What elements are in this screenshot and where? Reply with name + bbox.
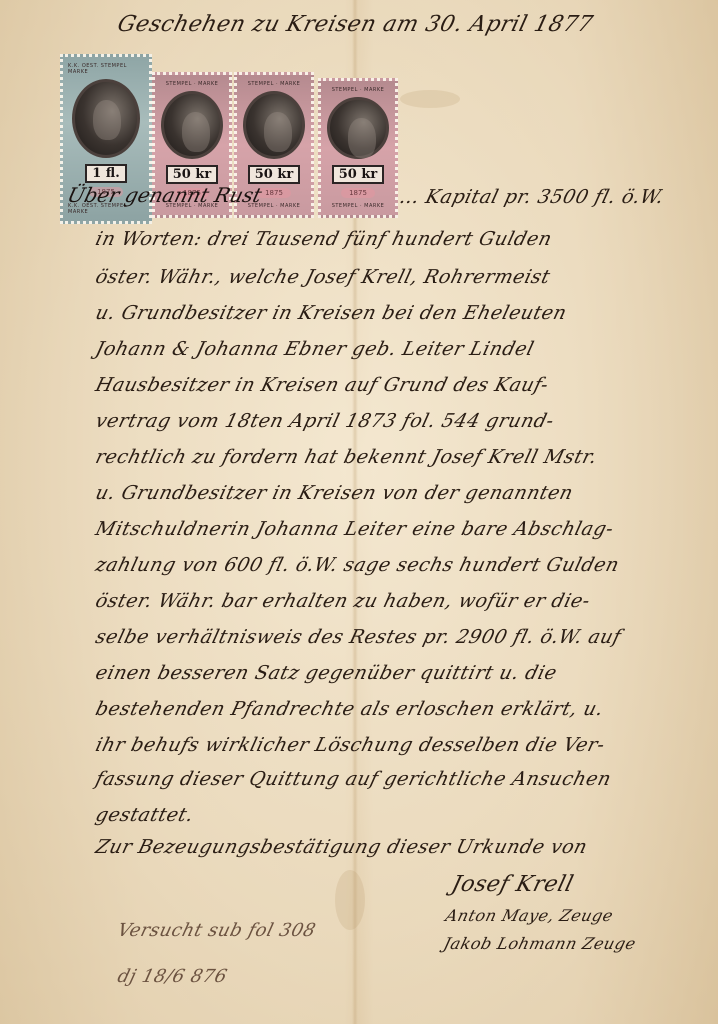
body-line: gestattet. xyxy=(93,804,196,826)
body-line: Johann & Johanna Ebner geb. Leiter Linde… xyxy=(93,338,536,360)
body-line: öster. Währ. bar erhalten zu haben, wofü… xyxy=(93,590,592,612)
body-line: u. Grundbesitzer in Kreisen von der gena… xyxy=(93,482,575,504)
stamp-portrait-icon xyxy=(161,91,223,159)
paper-stain xyxy=(400,90,460,108)
stamp-value: 1 fl. xyxy=(85,164,127,183)
body-line: einen besseren Satz gegenüber quittirt u… xyxy=(93,662,559,684)
stamp-50kr: STEMPEL · MARKE 50 kr 1875 STEMPEL · MAR… xyxy=(318,78,398,218)
registry-note-line-2: dj 18/6 876 xyxy=(115,966,229,987)
stamp-value: 50 kr xyxy=(166,165,218,184)
body-line: bestehenden Pfandrechte als erloschen er… xyxy=(93,698,606,720)
body-line: öster. Währ., welche Josef Krell, Rohrer… xyxy=(93,266,552,288)
signature-witness-2: Jakob Lohmann Zeuge xyxy=(442,934,638,953)
stamp-top-text: STEMPEL · MARKE xyxy=(248,81,301,87)
body-line: Hausbesitzer in Kreisen auf Grund des Ka… xyxy=(93,374,551,396)
stamp-value: 50 kr xyxy=(248,165,300,184)
body-line: selbe verhältnisweis des Restes pr. 2900… xyxy=(93,626,623,648)
signature-witness-1: Anton Maye, Zeuge xyxy=(444,906,616,925)
stamp-portrait-icon xyxy=(327,97,389,159)
registry-note-line-1: Versucht sub fol 308 xyxy=(115,920,318,941)
stamp-portrait-icon xyxy=(72,79,140,158)
stamp-value: 50 kr xyxy=(332,165,384,184)
body-line: Mitschuldnerin Johanna Leiter eine bare … xyxy=(93,518,616,540)
body-line: zahlung von 600 fl. ö.W. sage sechs hund… xyxy=(93,554,621,576)
body-line: u. Grundbesitzer in Kreisen bei den Ehel… xyxy=(93,302,569,324)
amount-line: … Kapital pr. 3500 fl. ö.W. xyxy=(397,186,666,208)
paper-stain xyxy=(335,870,365,930)
document-page: Geschehen zu Kreisen am 30. April 1877 K… xyxy=(0,0,718,1024)
body-line: rechtlich zu fordern hat bekennt Josef K… xyxy=(93,446,599,468)
document-header: Geschehen zu Kreisen am 30. April 1877 xyxy=(115,12,596,37)
stamp-portrait-icon xyxy=(243,91,305,159)
body-line: fassung dieser Quittung auf gerichtliche… xyxy=(93,768,613,790)
stamp-cancellation-signature: Über genannt Rust xyxy=(65,183,264,207)
body-line: Zur Bezeugungsbestätigung dieser Urkunde… xyxy=(93,836,590,858)
stamp-top-text: K.K. OEST. STEMPEL MARKE xyxy=(68,63,144,75)
body-line: in Worten: drei Tausend fünf hundert Gul… xyxy=(93,228,554,250)
stamp-year: 1875 xyxy=(341,188,375,198)
stamp-top-text: STEMPEL · MARKE xyxy=(332,87,385,93)
signature-main: Josef Krell xyxy=(449,872,576,897)
stamp-top-text: STEMPEL · MARKE xyxy=(166,81,219,87)
stamp-bottom-text: STEMPEL · MARKE xyxy=(332,203,385,209)
body-line: ihr behufs wirklicher Löschung desselben… xyxy=(93,734,607,756)
body-line: vertrag vom 18ten April 1873 fol. 544 gr… xyxy=(93,410,556,432)
